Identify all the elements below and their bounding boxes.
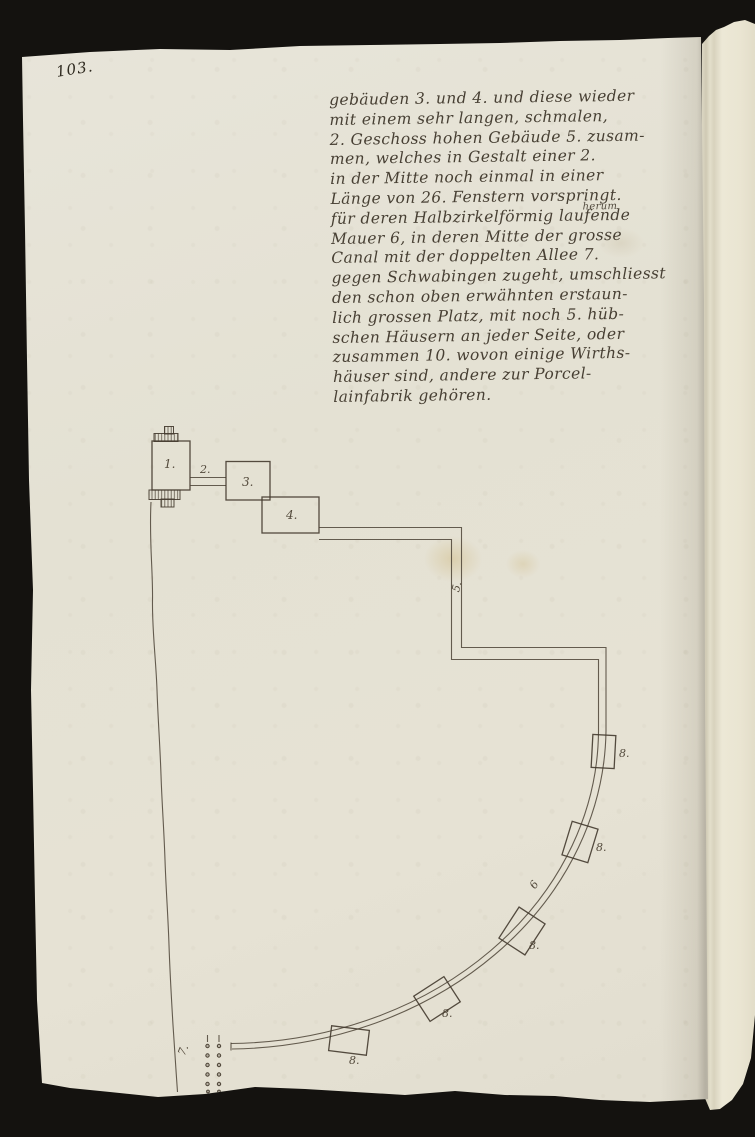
building-1-top-turret: [165, 427, 174, 435]
corridor-2-lines: [190, 478, 226, 486]
building-1-top-annex: [154, 434, 178, 442]
curve-6-label: 6: [527, 878, 542, 891]
allee-7-ticks: [208, 1035, 220, 1042]
building-1-bottom-turret: [161, 499, 174, 507]
building-4-label: 4.: [285, 508, 297, 522]
house-8-a-label: 8.: [619, 747, 630, 760]
curve-6-outer-arc: [232, 731, 606, 1049]
house-8-e-label: 8.: [349, 1054, 360, 1067]
boundary-line: [150, 502, 177, 1092]
allee-7-tree-dots: [206, 1044, 221, 1093]
scanned-book-photo: 103. gebäuden 3. und 4. und diese wieder…: [0, 0, 755, 1137]
corridor-2-label: 2.: [199, 463, 211, 476]
wall-5-inner-line: [319, 540, 599, 732]
house-8-d-label: 8.: [442, 1007, 453, 1020]
house-8-c-label: 8.: [529, 939, 540, 952]
building-1-bottom-annex: [149, 490, 180, 500]
house-8-d: [414, 977, 461, 1022]
allee-7-label: 7.: [175, 1043, 191, 1058]
building-1-label: 1.: [164, 457, 175, 471]
wall-5-outer-line: [319, 528, 606, 732]
house-8-b-label: 8.: [596, 841, 607, 854]
garden-plan-drawing: 1. 2. 3. 4. 5. 6 8.: [0, 0, 755, 1137]
building-3-label: 3.: [242, 475, 253, 489]
manuscript-page: 103. gebäuden 3. und 4. und diese wieder…: [0, 0, 755, 1137]
wall-5-label: 5.: [449, 580, 464, 594]
